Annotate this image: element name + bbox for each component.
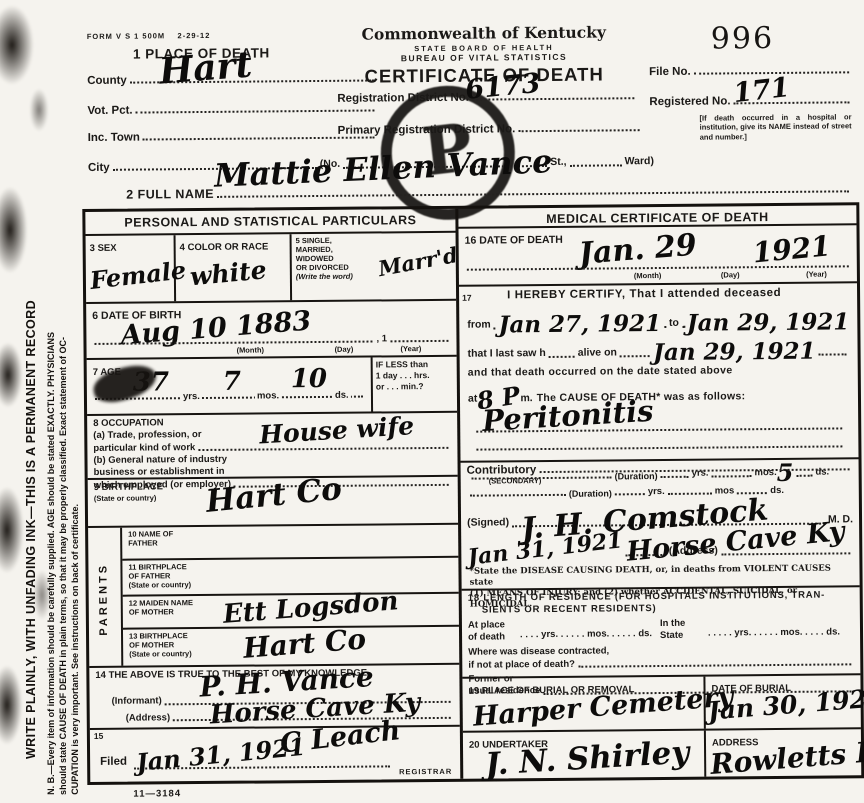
medical-section-title: MEDICAL CERTIFICATE OF DEATH xyxy=(546,210,768,226)
full-name-label: 2 FULL NAME xyxy=(126,187,214,202)
hospital-note: [If death occurred in a hospital or inst… xyxy=(699,112,851,141)
mother-birthplace-field: 13 BIRTHPLACE OF MOTHER (State or countr… xyxy=(123,627,459,666)
alive-on-label: alive on xyxy=(578,347,617,361)
year-prefix: , 1 xyxy=(374,333,389,345)
inc-town-label: Inc. Town xyxy=(88,132,140,144)
duration2-label: (Duration) xyxy=(569,489,612,499)
at-place-units: . . . . yrs. . . . . . mos. . . . . . ds… xyxy=(520,628,652,644)
in-state-units: . . . . . yrs. . . . . . mos. . . . . ds… xyxy=(708,626,840,642)
father-name-label2: FATHER xyxy=(128,536,452,548)
date-of-death-label: 16 DATE OF DEATH xyxy=(465,234,563,247)
occupation-a-label2: particular kind of work xyxy=(93,442,195,455)
attended-to-value: Jan 29, 1921 xyxy=(687,310,850,334)
certify-section-no: 17 xyxy=(462,293,472,304)
sex-field: 3 SEX Female xyxy=(86,235,177,302)
city-label: City xyxy=(88,161,110,173)
at-place-label2: of death xyxy=(468,631,520,644)
death-certificate-scan: WRITE PLAINLY, WITH UNFADING INK—THIS IS… xyxy=(0,0,864,803)
registration-district-label: Registration District No. xyxy=(337,92,469,105)
certify-statement: I HEREBY CERTIFY, That I attended deceas… xyxy=(507,286,849,301)
personal-section-title: PERSONAL AND STATISTICAL PARTICULARS xyxy=(124,213,416,230)
age-days-value: 10 xyxy=(291,366,327,392)
attended-from-label: from xyxy=(467,319,490,333)
age-months-value: 7 xyxy=(223,369,241,395)
year-sublabel: (Year) xyxy=(400,344,421,353)
voting-precinct-field: Vot. Pct. xyxy=(87,102,377,117)
mother-name-field: 12 MAIDEN NAME OF MOTHER Ett Logsdon xyxy=(123,594,459,630)
if-less-label: IF LESS than xyxy=(376,359,454,371)
sex-label: 3 SEX xyxy=(90,243,117,254)
plate-number: 11—3184 xyxy=(133,788,181,799)
certificate-body: PERSONAL AND STATISTICAL PARTICULARS 3 S… xyxy=(82,202,864,785)
if-less-than-day-field: IF LESS than 1 day . . . hrs. or . . . m… xyxy=(371,357,457,412)
attended-to-label: to xyxy=(669,317,679,331)
date-of-burial-field: DATE OF BURIAL Jan 30, 1921 xyxy=(705,675,860,728)
header-commonwealth: Commonwealth of Kentucky xyxy=(349,22,619,43)
residence-title2: SIENTS OR RECENT RESIDENTS) xyxy=(482,602,854,618)
if-less-label: or . . . min.? xyxy=(376,381,454,393)
date-of-death-field: 16 DATE OF DEATH Jan. 29 1921 (Month) (D… xyxy=(458,225,856,286)
informant-label: (Informant) xyxy=(112,696,162,709)
registered-no-value: 171 xyxy=(732,74,791,107)
certification-field: 17 I HEREBY CERTIFY, That I attended dec… xyxy=(459,283,859,462)
parents-side-label: PARENTS xyxy=(97,563,110,636)
ward-label: Ward) xyxy=(625,155,654,169)
in-state-label: In the xyxy=(660,617,708,630)
yrs-label: yrs. xyxy=(181,391,202,404)
attended-from-value: Jan 27, 1921 xyxy=(498,312,661,336)
in-state-label2: State xyxy=(660,630,708,643)
voting-precinct-label: Vot. Pct. xyxy=(87,105,132,117)
month-sublabel: (Month) xyxy=(634,271,662,280)
signed-date-value: Jan 31, 1921 xyxy=(467,529,624,568)
signed-label: (Signed) xyxy=(467,516,509,530)
last-saw-label: that I last saw h xyxy=(468,347,546,361)
form-code-text: FORM V S 1 500M xyxy=(87,31,165,41)
last-saw-value: Jan 29, 1921 xyxy=(653,340,816,364)
primary-registration-field: Primary Registration District No. xyxy=(338,122,643,137)
informant-field: 14 THE ABOVE IS TRUE TO THE BEST OF MY K… xyxy=(89,665,460,730)
color-race-field: 4 COLOR OR RACE white xyxy=(176,234,293,301)
secondary-sublabel: (SECONDARY) xyxy=(489,473,853,485)
file-no-label: File No. xyxy=(649,66,691,78)
undertaker-field: 20 UNDERTAKER J. N. Shirley xyxy=(463,731,706,779)
father-birthplace-sublabel: (State or country) xyxy=(129,578,453,590)
duration2-yrs-label: yrs. xyxy=(648,486,665,498)
date-of-death-year: 1921 xyxy=(752,232,832,267)
physician-signature-field: (Signed) M. D. J. H. Comstock Jan 31, 19… xyxy=(461,505,859,564)
year-sublabel: (Year) xyxy=(806,270,827,279)
county-value: Hart xyxy=(158,46,253,89)
disease-contracted-label2: if not at place of death? xyxy=(468,658,575,671)
residence-field: 18 LENGTH OF RESIDENCE (FOR HOSPITALS IN… xyxy=(462,587,861,678)
medical-column: MEDICAL CERTIFICATE OF DEATH 16 DATE OF … xyxy=(455,205,861,778)
registrar-label: REGISTRAR xyxy=(399,767,452,776)
filed-field: 15 Filed Jan 31, 1921 C Leach REGISTRAR xyxy=(90,727,460,782)
cause-footnote: *State the DISEASE CAUSING DEATH, or, in… xyxy=(461,561,859,590)
marital-status-field: 5 SINGLE, MARRIED, WIDOWED OR DIVORCED (… xyxy=(292,233,457,300)
color-race-value: white xyxy=(189,257,268,289)
filed-section-no: 15 xyxy=(94,731,104,742)
county-label: County xyxy=(87,75,127,87)
inc-town-field: Inc. Town xyxy=(88,129,378,144)
duration2-ds-label: ds. xyxy=(770,485,784,497)
occupation-field: 8 OCCUPATION (a) Trade, profession, or p… xyxy=(87,413,458,480)
date-of-birth-field: 6 DATE OF BIRTH Aug 10 1883 (Month) (Day… xyxy=(86,301,456,360)
registration-district-value: 6173 xyxy=(464,70,541,104)
age-field: 7 AGE 37 yrs. 7 mos. 10 ds. xyxy=(87,358,371,414)
header-bureau: BUREAU OF VITAL STATISTICS xyxy=(349,52,619,65)
date-of-death-value: Jan. 29 xyxy=(578,231,698,270)
marital-label: (Write the word) xyxy=(296,271,452,281)
day-sublabel: (Day) xyxy=(721,270,740,279)
father-birthplace-field: 11 BIRTHPLACE OF FATHER (State or countr… xyxy=(122,558,458,597)
place-of-burial-field: 19 PLACE OF BURIAL OR REMOVAL Harper Cem… xyxy=(462,677,705,731)
father-name-field: 10 NAME OF FATHER xyxy=(122,525,458,561)
form-code: FORM V S 1 500M 2-29-12 xyxy=(87,31,211,41)
personal-column: PERSONAL AND STATISTICAL PARTICULARS 3 S… xyxy=(85,209,460,782)
at-place-label: At place xyxy=(468,619,520,632)
ds-label: ds. xyxy=(333,389,351,401)
sex-value: Female xyxy=(89,258,187,293)
birthplace-field: 9 BIRTHPLACE (State or country) Hart Co xyxy=(88,477,458,528)
day-sublabel: (Day) xyxy=(335,345,354,354)
contributory-label: Contributory xyxy=(467,464,537,477)
mother-birthplace-value: Hart Co xyxy=(242,625,367,663)
mos-label: mos. xyxy=(255,390,281,403)
month-sublabel: (Month) xyxy=(237,345,265,354)
if-less-label: 1 day . . . hrs. xyxy=(376,370,454,382)
form-revision: 2-29-12 xyxy=(177,31,210,40)
color-race-label: 4 COLOR OR RACE xyxy=(180,241,269,253)
filed-label: Filed xyxy=(100,756,127,768)
page-number: 996 xyxy=(711,21,775,57)
informant-address-label: (Address) xyxy=(126,712,170,725)
registered-no-label: Registered No. xyxy=(649,95,730,108)
undertaker-address-field: ADDRESS Rowletts Ky xyxy=(706,729,861,776)
primary-registration-label: Primary Registration District No. xyxy=(338,123,516,137)
